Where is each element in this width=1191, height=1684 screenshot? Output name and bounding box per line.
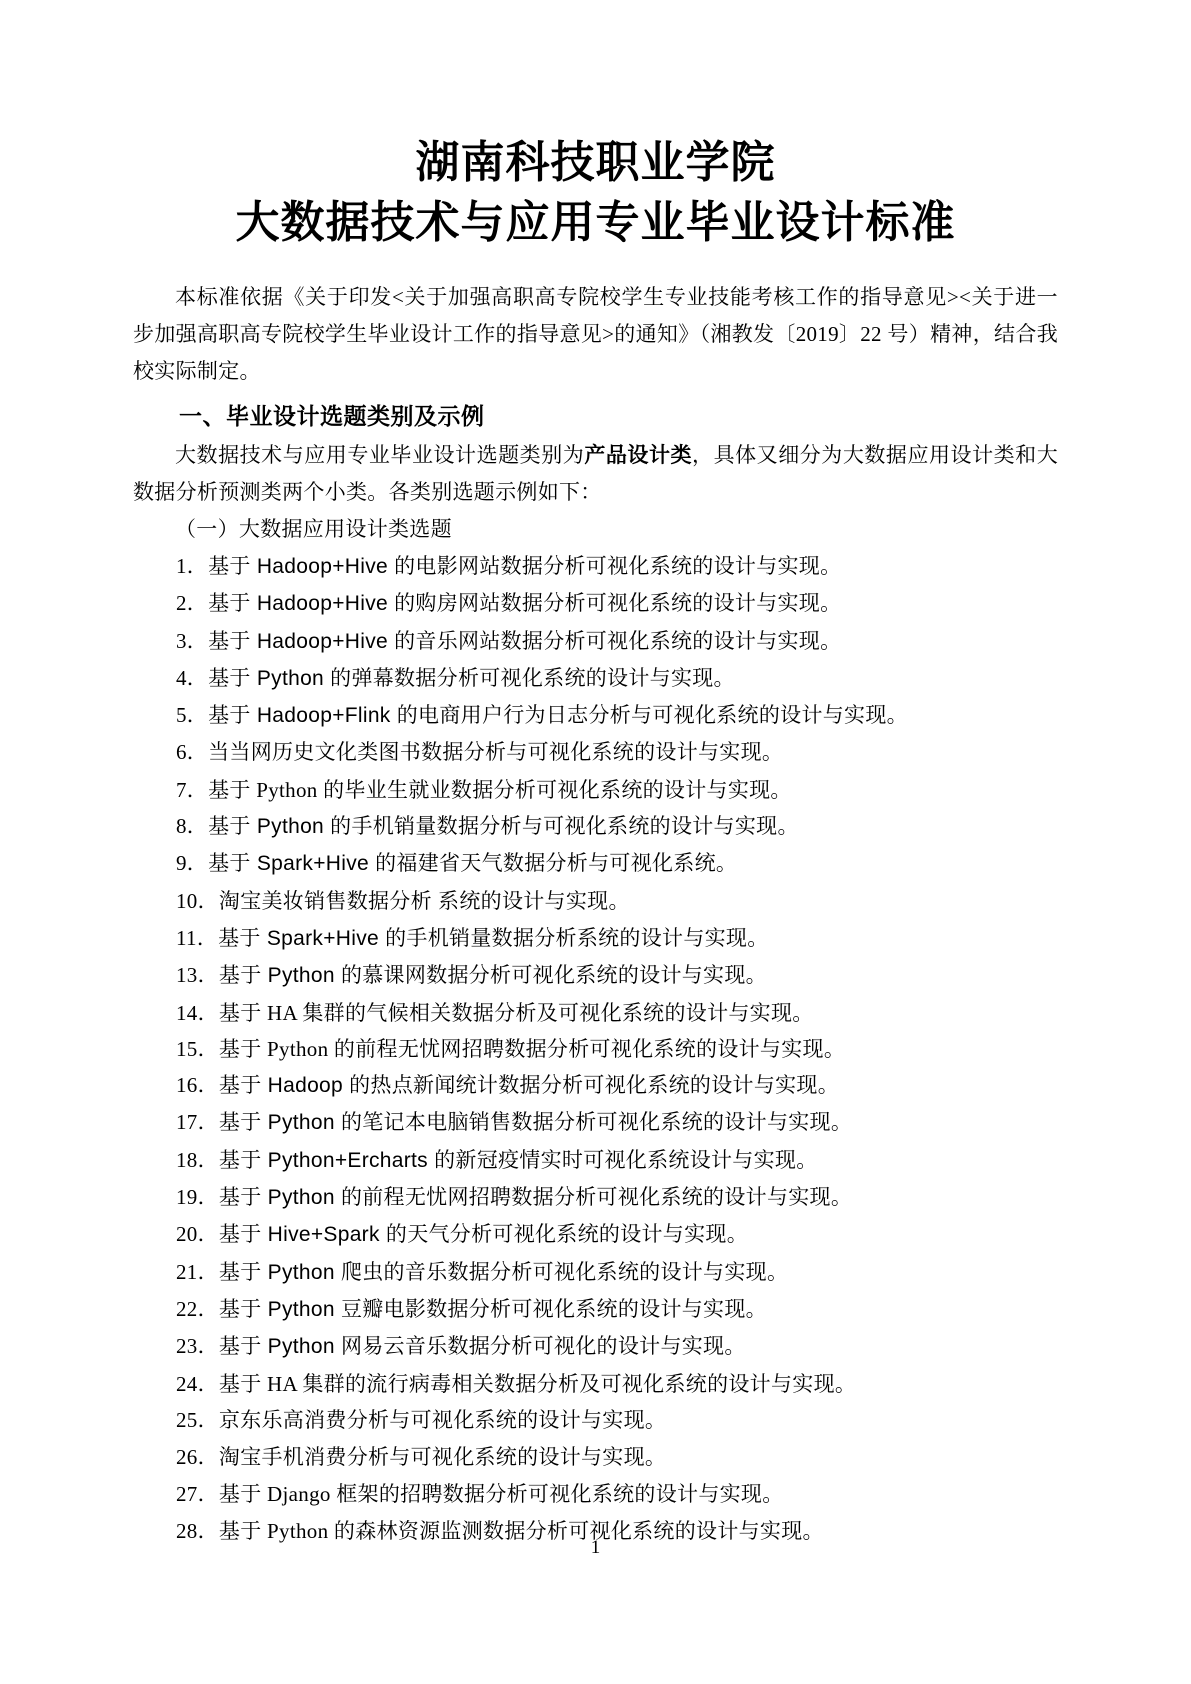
list-item-number: 15． bbox=[176, 1037, 219, 1061]
list-item-number: 13． bbox=[176, 963, 219, 987]
list-item: 20．基于 Hive+Spark 的天气分析可视化系统的设计与实现。 bbox=[133, 1216, 1058, 1253]
page-number: 1 bbox=[0, 1537, 1191, 1559]
list-item: 19．基于 Python 的前程无忧网招聘数据分析可视化系统的设计与实现。 bbox=[133, 1179, 1058, 1216]
list-item-text: 基于 Hadoop+Hive 的电影网站数据分析可视化系统的设计与实现。 bbox=[208, 555, 841, 578]
list-item-text: 基于 Python 的前程无忧网招聘数据分析可视化系统的设计与实现。 bbox=[219, 1186, 852, 1209]
intro-paragraph: 本标准依据《关于印发<关于加强高职高专院校学生专业技能考核工作的指导意见><关于… bbox=[133, 279, 1058, 390]
list-item: 23．基于 Python 网易云音乐数据分析可视化的设计与实现。 bbox=[133, 1328, 1058, 1365]
list-item-text: 当当网历史文化类图书数据分析与可视化系统的设计与实现。 bbox=[208, 741, 783, 764]
list-item-text: 基于 Hadoop+Hive 的音乐网站数据分析可视化系统的设计与实现。 bbox=[208, 630, 841, 653]
list-item: 22．基于 Python 豆瓣电影数据分析可视化系统的设计与实现。 bbox=[133, 1291, 1058, 1328]
list-item: 26．淘宝手机消费分析与可视化系统的设计与实现。 bbox=[133, 1439, 1058, 1476]
list-item: 6．当当网历史文化类图书数据分析与可视化系统的设计与实现。 bbox=[133, 734, 1058, 771]
list-item: 27．基于 Django 框架的招聘数据分析可视化系统的设计与实现。 bbox=[133, 1476, 1058, 1512]
list-item: 17．基于 Python 的笔记本电脑销售数据分析可视化系统的设计与实现。 bbox=[133, 1104, 1058, 1141]
list-item-number: 27． bbox=[176, 1482, 219, 1506]
list-item: 11．基于 Spark+Hive 的手机销量数据分析系统的设计与实现。 bbox=[133, 920, 1058, 957]
document-page: 湖南科技职业学院 大数据技术与应用专业毕业设计标准 本标准依据《关于印发<关于加… bbox=[0, 0, 1191, 1684]
list-item-number: 19． bbox=[176, 1185, 219, 1209]
list-item-text: 基于 Python 的慕课网数据分析可视化系统的设计与实现。 bbox=[219, 964, 767, 987]
list-item-text: 淘宝美妆销售数据分析 系统的设计与实现。 bbox=[219, 890, 630, 913]
list-item: 5．基于 Hadoop+Flink 的电商用户行为日志分析与可视化系统的设计与实… bbox=[133, 697, 1058, 734]
list-item-number: 3． bbox=[176, 629, 208, 653]
list-item: 25．京东乐高消费分析与可视化系统的设计与实现。 bbox=[133, 1402, 1058, 1439]
category-subheading: （一）大数据应用设计类选题 bbox=[133, 511, 1058, 548]
list-item-number: 7． bbox=[176, 778, 208, 802]
list-item: 15．基于 Python 的前程无忧网招聘数据分析可视化系统的设计与实现。 bbox=[133, 1031, 1058, 1067]
topic-list: 1．基于 Hadoop+Hive 的电影网站数据分析可视化系统的设计与实现。2．… bbox=[133, 548, 1058, 1549]
list-item-text: 基于 Hive+Spark 的天气分析可视化系统的设计与实现。 bbox=[219, 1223, 748, 1246]
list-item: 4．基于 Python 的弹幕数据分析可视化系统的设计与实现。 bbox=[133, 660, 1058, 697]
list-item-number: 14． bbox=[176, 1001, 219, 1025]
list-item-number: 21． bbox=[176, 1260, 219, 1284]
list-item-text: 基于 Python 的弹幕数据分析可视化系统的设计与实现。 bbox=[208, 667, 735, 690]
list-item-text: 基于 Hadoop+Hive 的购房网站数据分析可视化系统的设计与实现。 bbox=[208, 592, 841, 615]
list-item: 18．基于 Python+Ercharts 的新冠疫情实时可视化系统设计与实现。 bbox=[133, 1142, 1058, 1179]
list-item-text: 基于 Django 框架的招聘数据分析可视化系统的设计与实现。 bbox=[219, 1482, 784, 1506]
list-item-text: 基于 Python 的手机销量数据分析与可视化系统的设计与实现。 bbox=[208, 815, 799, 838]
list-item-number: 4． bbox=[176, 666, 208, 690]
list-item: 7．基于 Python 的毕业生就业数据分析可视化系统的设计与实现。 bbox=[133, 772, 1058, 808]
list-item: 1．基于 Hadoop+Hive 的电影网站数据分析可视化系统的设计与实现。 bbox=[133, 548, 1058, 585]
list-item: 16．基于 Hadoop 的热点新闻统计数据分析可视化系统的设计与实现。 bbox=[133, 1067, 1058, 1104]
list-item: 14．基于 HA 集群的气候相关数据分析及可视化系统的设计与实现。 bbox=[133, 995, 1058, 1031]
list-item-number: 9． bbox=[176, 851, 208, 875]
list-item-number: 18． bbox=[176, 1148, 219, 1172]
list-item-text: 基于 Python 的笔记本电脑销售数据分析可视化系统的设计与实现。 bbox=[219, 1111, 852, 1134]
list-item-text: 基于 Python 爬虫的音乐数据分析可视化系统的设计与实现。 bbox=[219, 1261, 788, 1284]
list-item: 3．基于 Hadoop+Hive 的音乐网站数据分析可视化系统的设计与实现。 bbox=[133, 623, 1058, 660]
list-item-text: 基于 Python+Ercharts 的新冠疫情实时可视化系统设计与实现。 bbox=[219, 1149, 818, 1172]
document-title-line1: 湖南科技职业学院 bbox=[133, 133, 1058, 193]
list-item: 21．基于 Python 爬虫的音乐数据分析可视化系统的设计与实现。 bbox=[133, 1254, 1058, 1291]
document-title: 湖南科技职业学院 大数据技术与应用专业毕业设计标准 bbox=[133, 133, 1058, 253]
list-item-number: 23． bbox=[176, 1334, 219, 1358]
list-item-number: 10． bbox=[176, 889, 219, 913]
list-item-text: 基于 Python 网易云音乐数据分析可视化的设计与实现。 bbox=[219, 1335, 746, 1358]
list-item: 8．基于 Python 的手机销量数据分析与可视化系统的设计与实现。 bbox=[133, 808, 1058, 845]
section-intro-pre: 大数据技术与应用专业毕业设计选题类别为 bbox=[175, 443, 584, 467]
list-item-number: 22． bbox=[176, 1297, 219, 1321]
section-intro-paragraph: 大数据技术与应用专业毕业设计选题类别为产品设计类，具体又细分为大数据应用设计类和… bbox=[133, 437, 1058, 510]
list-item-number: 20． bbox=[176, 1222, 219, 1246]
list-item-number: 8． bbox=[176, 814, 208, 838]
list-item-text: 基于 HA 集群的气候相关数据分析及可视化系统的设计与实现。 bbox=[219, 1001, 814, 1025]
list-item-text: 基于 Hadoop 的热点新闻统计数据分析可视化系统的设计与实现。 bbox=[219, 1074, 839, 1097]
list-item-text: 基于 Python 的毕业生就业数据分析可视化系统的设计与实现。 bbox=[208, 778, 792, 802]
list-item-text: 基于 Spark+Hive 的福建省天气数据分析与可视化系统。 bbox=[208, 852, 737, 875]
list-item-text: 基于 Python 的前程无忧网招聘数据分析可视化系统的设计与实现。 bbox=[219, 1037, 845, 1061]
list-item-number: 26． bbox=[176, 1445, 219, 1469]
list-item-number: 2． bbox=[176, 591, 208, 615]
list-item: 10．淘宝美妆销售数据分析 系统的设计与实现。 bbox=[133, 883, 1058, 920]
list-item-number: 24． bbox=[176, 1372, 219, 1396]
list-item-number: 25． bbox=[176, 1408, 219, 1432]
list-item-number: 1． bbox=[176, 554, 208, 578]
list-item-number: 17． bbox=[176, 1110, 219, 1134]
list-item-number: 6． bbox=[176, 740, 208, 764]
list-item: 2．基于 Hadoop+Hive 的购房网站数据分析可视化系统的设计与实现。 bbox=[133, 585, 1058, 622]
section-heading: 一、毕业设计选题类别及示例 bbox=[133, 398, 1058, 435]
section-intro-bold: 产品设计类 bbox=[584, 443, 692, 467]
list-item-text: 基于 Python 豆瓣电影数据分析可视化系统的设计与实现。 bbox=[219, 1298, 767, 1321]
list-item-text: 淘宝手机消费分析与可视化系统的设计与实现。 bbox=[219, 1446, 666, 1469]
list-item-text: 京东乐高消费分析与可视化系统的设计与实现。 bbox=[219, 1409, 666, 1432]
list-item-text: 基于 Hadoop+Flink 的电商用户行为日志分析与可视化系统的设计与实现。 bbox=[208, 704, 908, 727]
list-item: 13．基于 Python 的慕课网数据分析可视化系统的设计与实现。 bbox=[133, 957, 1058, 994]
list-item-number: 11． bbox=[176, 926, 218, 950]
list-item: 24．基于 HA 集群的流行病毒相关数据分析及可视化系统的设计与实现。 bbox=[133, 1366, 1058, 1402]
list-item: 9．基于 Spark+Hive 的福建省天气数据分析与可视化系统。 bbox=[133, 845, 1058, 882]
list-item-number: 5． bbox=[176, 703, 208, 727]
list-item-text: 基于 Spark+Hive 的手机销量数据分析系统的设计与实现。 bbox=[218, 927, 768, 950]
list-item-text: 基于 HA 集群的流行病毒相关数据分析及可视化系统的设计与实现。 bbox=[219, 1372, 856, 1396]
document-title-line2: 大数据技术与应用专业毕业设计标准 bbox=[133, 193, 1058, 253]
list-item-number: 16． bbox=[176, 1073, 219, 1097]
